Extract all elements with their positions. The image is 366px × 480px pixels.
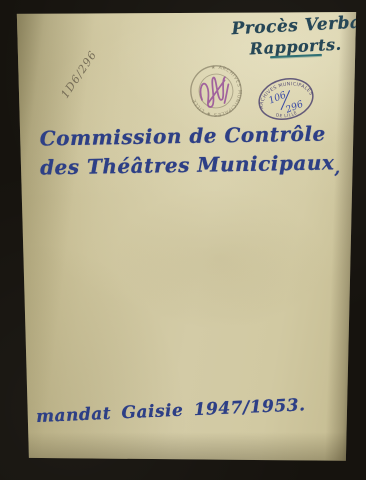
shelfmark-annotation: 1D6/296 [54,42,104,107]
title-line-2-text: des Théâtres Municipaux [40,150,335,179]
document-cover-paper: Procès Verbaux Rapports. 1D6/296 ★ ARCHI… [0,0,366,480]
header-annotation: Procès Verbaux Rapports. [231,13,359,60]
round-archive-stamp-icon: ★ ARCHIVES MUNICIPALES ★ LILLE [182,57,251,126]
title-flourish: , [334,158,340,177]
page-title: Commission de Contrôle des Théâtres Muni… [0,121,366,183]
scan-background: Procès Verbaux Rapports. 1D6/296 ★ ARCHI… [0,0,366,480]
footer-annotation: mandat Gaisie 1947/1953. [36,397,267,427]
title-line-2: des Théâtres Municipaux, [14,150,366,183]
title-line-1: Commission de Contrôle [0,121,366,151]
